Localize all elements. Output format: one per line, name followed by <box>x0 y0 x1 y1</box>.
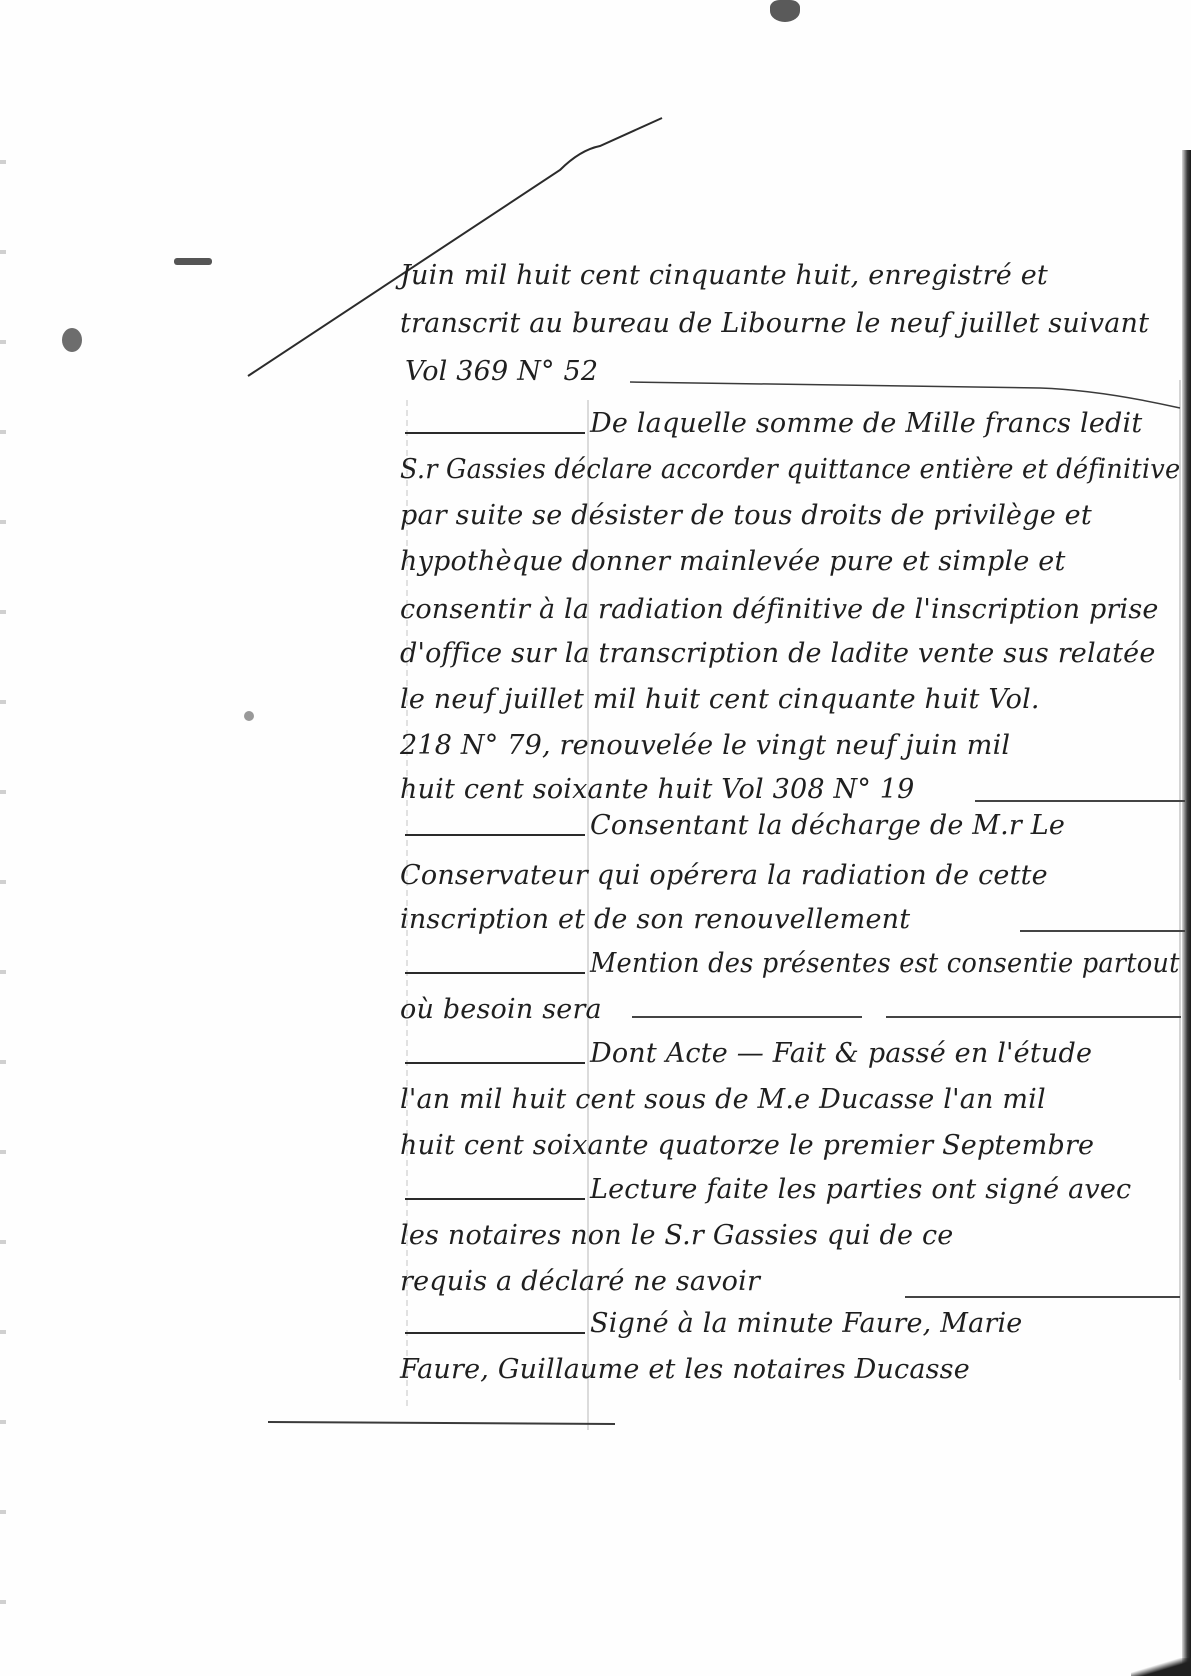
trail-rule <box>975 800 1185 802</box>
text-line-20: huit cent soixante quatorze le premier S… <box>400 1132 1180 1159</box>
text-line-18: Dont Acte — Fait & passé en l'étude <box>590 1040 1180 1067</box>
lead-rule <box>405 1332 585 1334</box>
text-line-25: Faure, Guillaume et les notaires Ducasse <box>400 1356 1180 1383</box>
text-line-15: inscription et de son renouvellement <box>400 906 1180 933</box>
trail-rule <box>886 1016 1181 1018</box>
trail-rule <box>1020 930 1185 932</box>
text-line-12: huit cent soixante huit Vol 308 N° 19 <box>400 776 1180 803</box>
text-line-7: hypothèque donner mainlevée pure et simp… <box>400 548 1180 575</box>
lead-rule <box>405 1198 585 1200</box>
text-line-19: l'an mil huit cent sous de M.e Ducasse l… <box>400 1086 1180 1113</box>
text-line-6: par suite se désister de tous droits de … <box>400 502 1180 529</box>
trail-rule <box>905 1296 1180 1298</box>
lead-rule <box>405 432 585 434</box>
text-line-23: requis a déclaré ne savoir <box>400 1268 1180 1295</box>
text-line-1: Juin mil huit cent cinquante huit, enreg… <box>400 262 1180 289</box>
text-line-5: S.r Gassies déclare accorder quittance e… <box>400 456 1141 483</box>
text-line-24: Signé à la minute Faure, Marie <box>590 1310 1180 1337</box>
text-line-22: les notaires non le S.r Gassies qui de c… <box>400 1222 1180 1249</box>
text-line-17: où besoin sera <box>400 996 1180 1023</box>
text-line-21: Lecture faite les parties ont signé avec <box>590 1176 1180 1203</box>
lead-rule <box>405 1062 585 1064</box>
text-line-16: Mention des présentes est consentie part… <box>590 950 1151 977</box>
text-line-10: le neuf juillet mil huit cent cinquante … <box>400 686 1180 713</box>
document-page: Juin mil huit cent cinquante huit, enreg… <box>0 0 1191 1676</box>
text-line-14: Conservateur qui opérera la radiation de… <box>400 862 1180 889</box>
text-line-2: transcrit au bureau de Libourne le neuf … <box>400 310 1180 337</box>
text-line-13: Consentant la décharge de M.r Le <box>590 812 1180 839</box>
lead-rule <box>405 972 585 974</box>
text-line-3: Vol 369 N° 52 <box>405 358 1185 385</box>
text-line-8: consentir à la radiation définitive de l… <box>400 596 1180 623</box>
text-line-4: De laquelle somme de Mille francs ledit <box>590 410 1180 437</box>
lead-rule <box>405 834 585 836</box>
text-line-9: d'office sur la transcription de ladite … <box>400 640 1180 667</box>
trail-rule <box>632 1016 862 1018</box>
text-line-11: 218 N° 79, renouvelée le vingt neuf juin… <box>400 732 1180 759</box>
